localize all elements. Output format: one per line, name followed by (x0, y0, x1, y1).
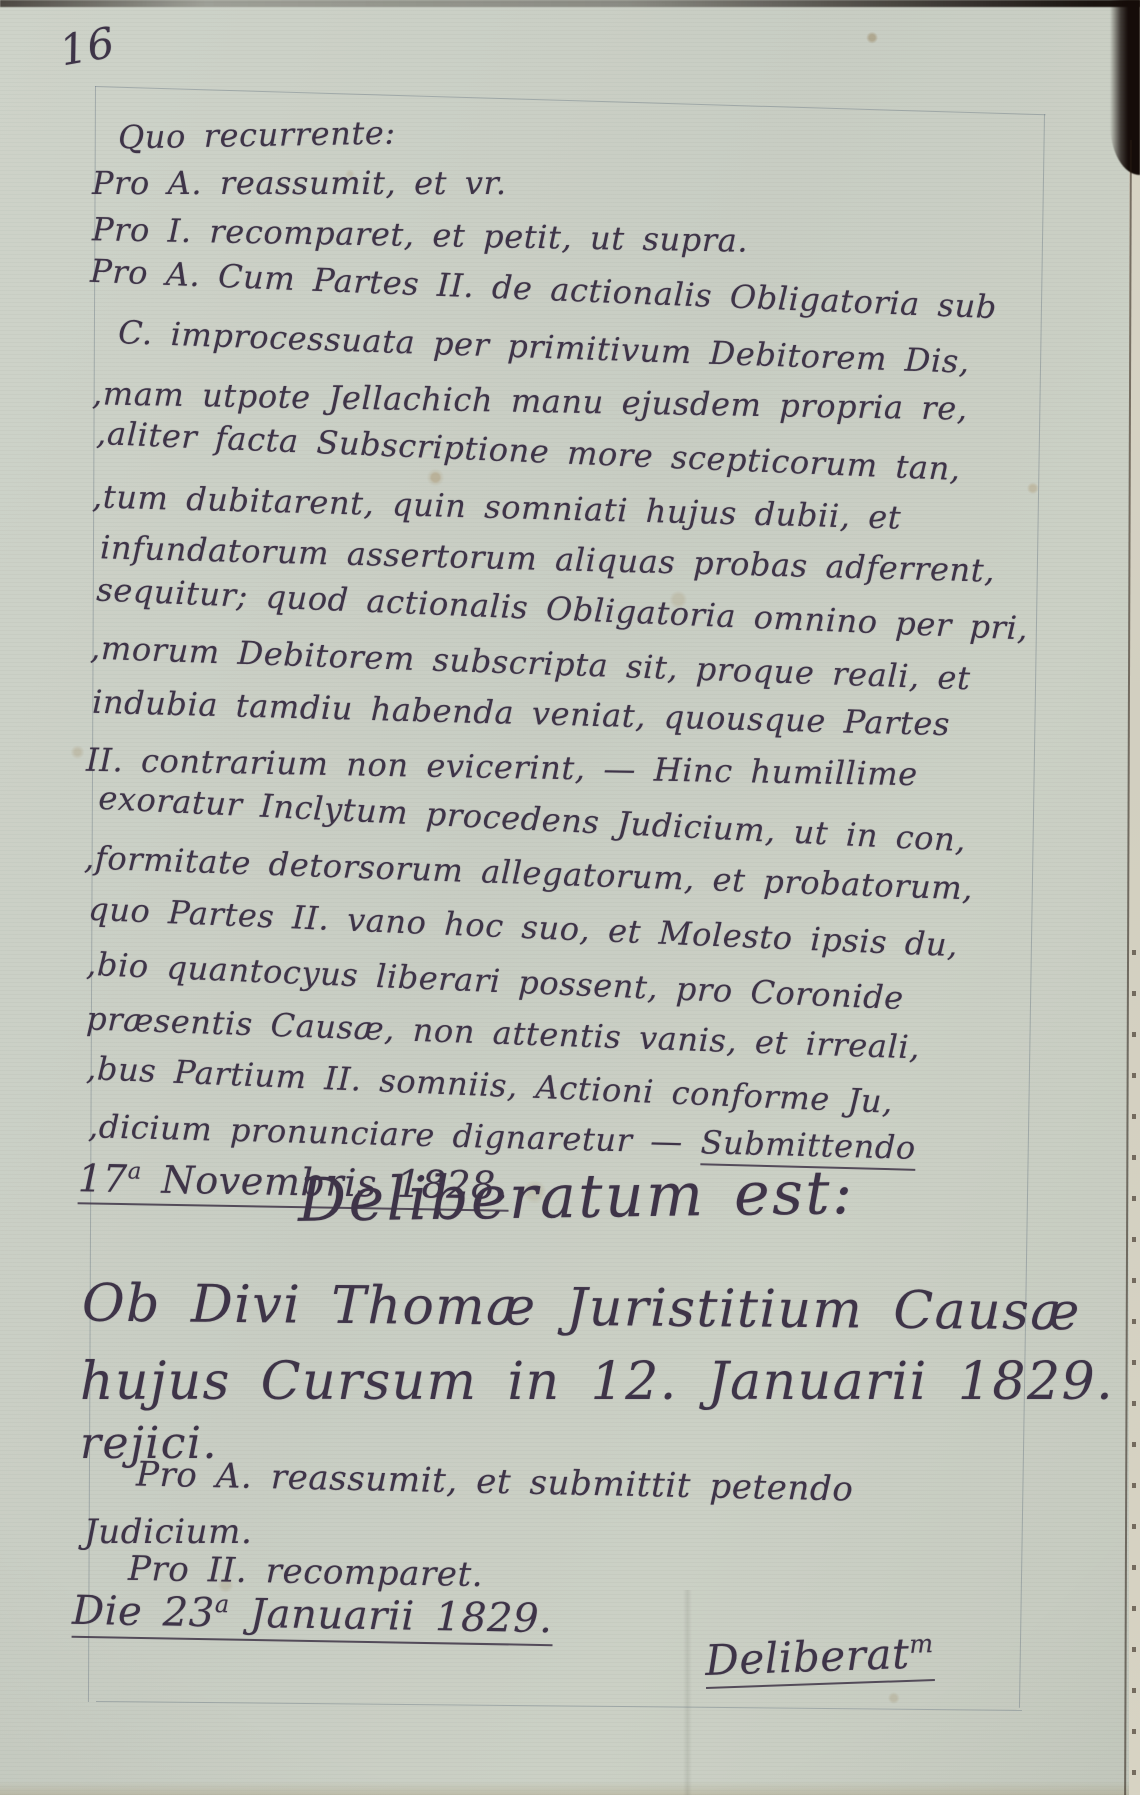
manuscript-line: C. improcessuata per primitivum Debitore… (118, 313, 971, 381)
decision-line: hujus Cursum in 12. Januarii 1829. (80, 1352, 1114, 1412)
manuscript-page: 16 Quo recurrente: Pro A. reassumit, et … (0, 0, 1140, 1795)
date-text: 17 (78, 1156, 128, 1201)
book-gutter-shadow (1110, 0, 1140, 175)
deliberat-closing: Deliberatm (704, 1628, 935, 1685)
line-text: ,dicium pronunciare dignaretur — (88, 1107, 702, 1161)
closing-text: Deliberat (704, 1629, 910, 1685)
date-superscript: a (215, 1590, 230, 1618)
closing-superscript: m (909, 1629, 934, 1659)
date-text: Januarii 1829. (229, 1591, 553, 1643)
date-line-1829: Die 23a Januarii 1829. (72, 1588, 553, 1643)
ruled-frame-top (95, 86, 1046, 115)
page-number: 16 (56, 18, 118, 76)
edge-speckles (1132, 950, 1136, 1790)
date-superscript: a (127, 1158, 142, 1184)
decision-line: Ob Divi Thomæ Juristitium Causæ (82, 1274, 1081, 1343)
manuscript-line: Pro I. recomparet, et petit, ut supra. (92, 210, 749, 259)
ruled-frame-bottom (96, 1701, 1022, 1711)
manuscript-line: Pro II. recomparet. (128, 1549, 484, 1595)
fold-crease (683, 1590, 692, 1795)
manuscript-line: ,tum dubitarent, quin somniati hujus dub… (92, 477, 902, 536)
date-text: Die 23 (72, 1588, 216, 1636)
manuscript-line: Pro A. reassumit, et vr. (92, 164, 507, 202)
scan-top-edge (0, 0, 1140, 7)
ruled-frame-right (1019, 114, 1045, 1708)
manuscript-line: Quo recurrente: (118, 114, 396, 157)
manuscript-line: Pro A. reassumit, et submittit petendo (136, 1454, 854, 1509)
deliberatum-heading: Deliberatum est: (298, 1158, 856, 1236)
manuscript-line: Pro A. Cum Partes II. de actionalis Obli… (90, 252, 998, 326)
manuscript-line: Judicium. (84, 1512, 252, 1552)
